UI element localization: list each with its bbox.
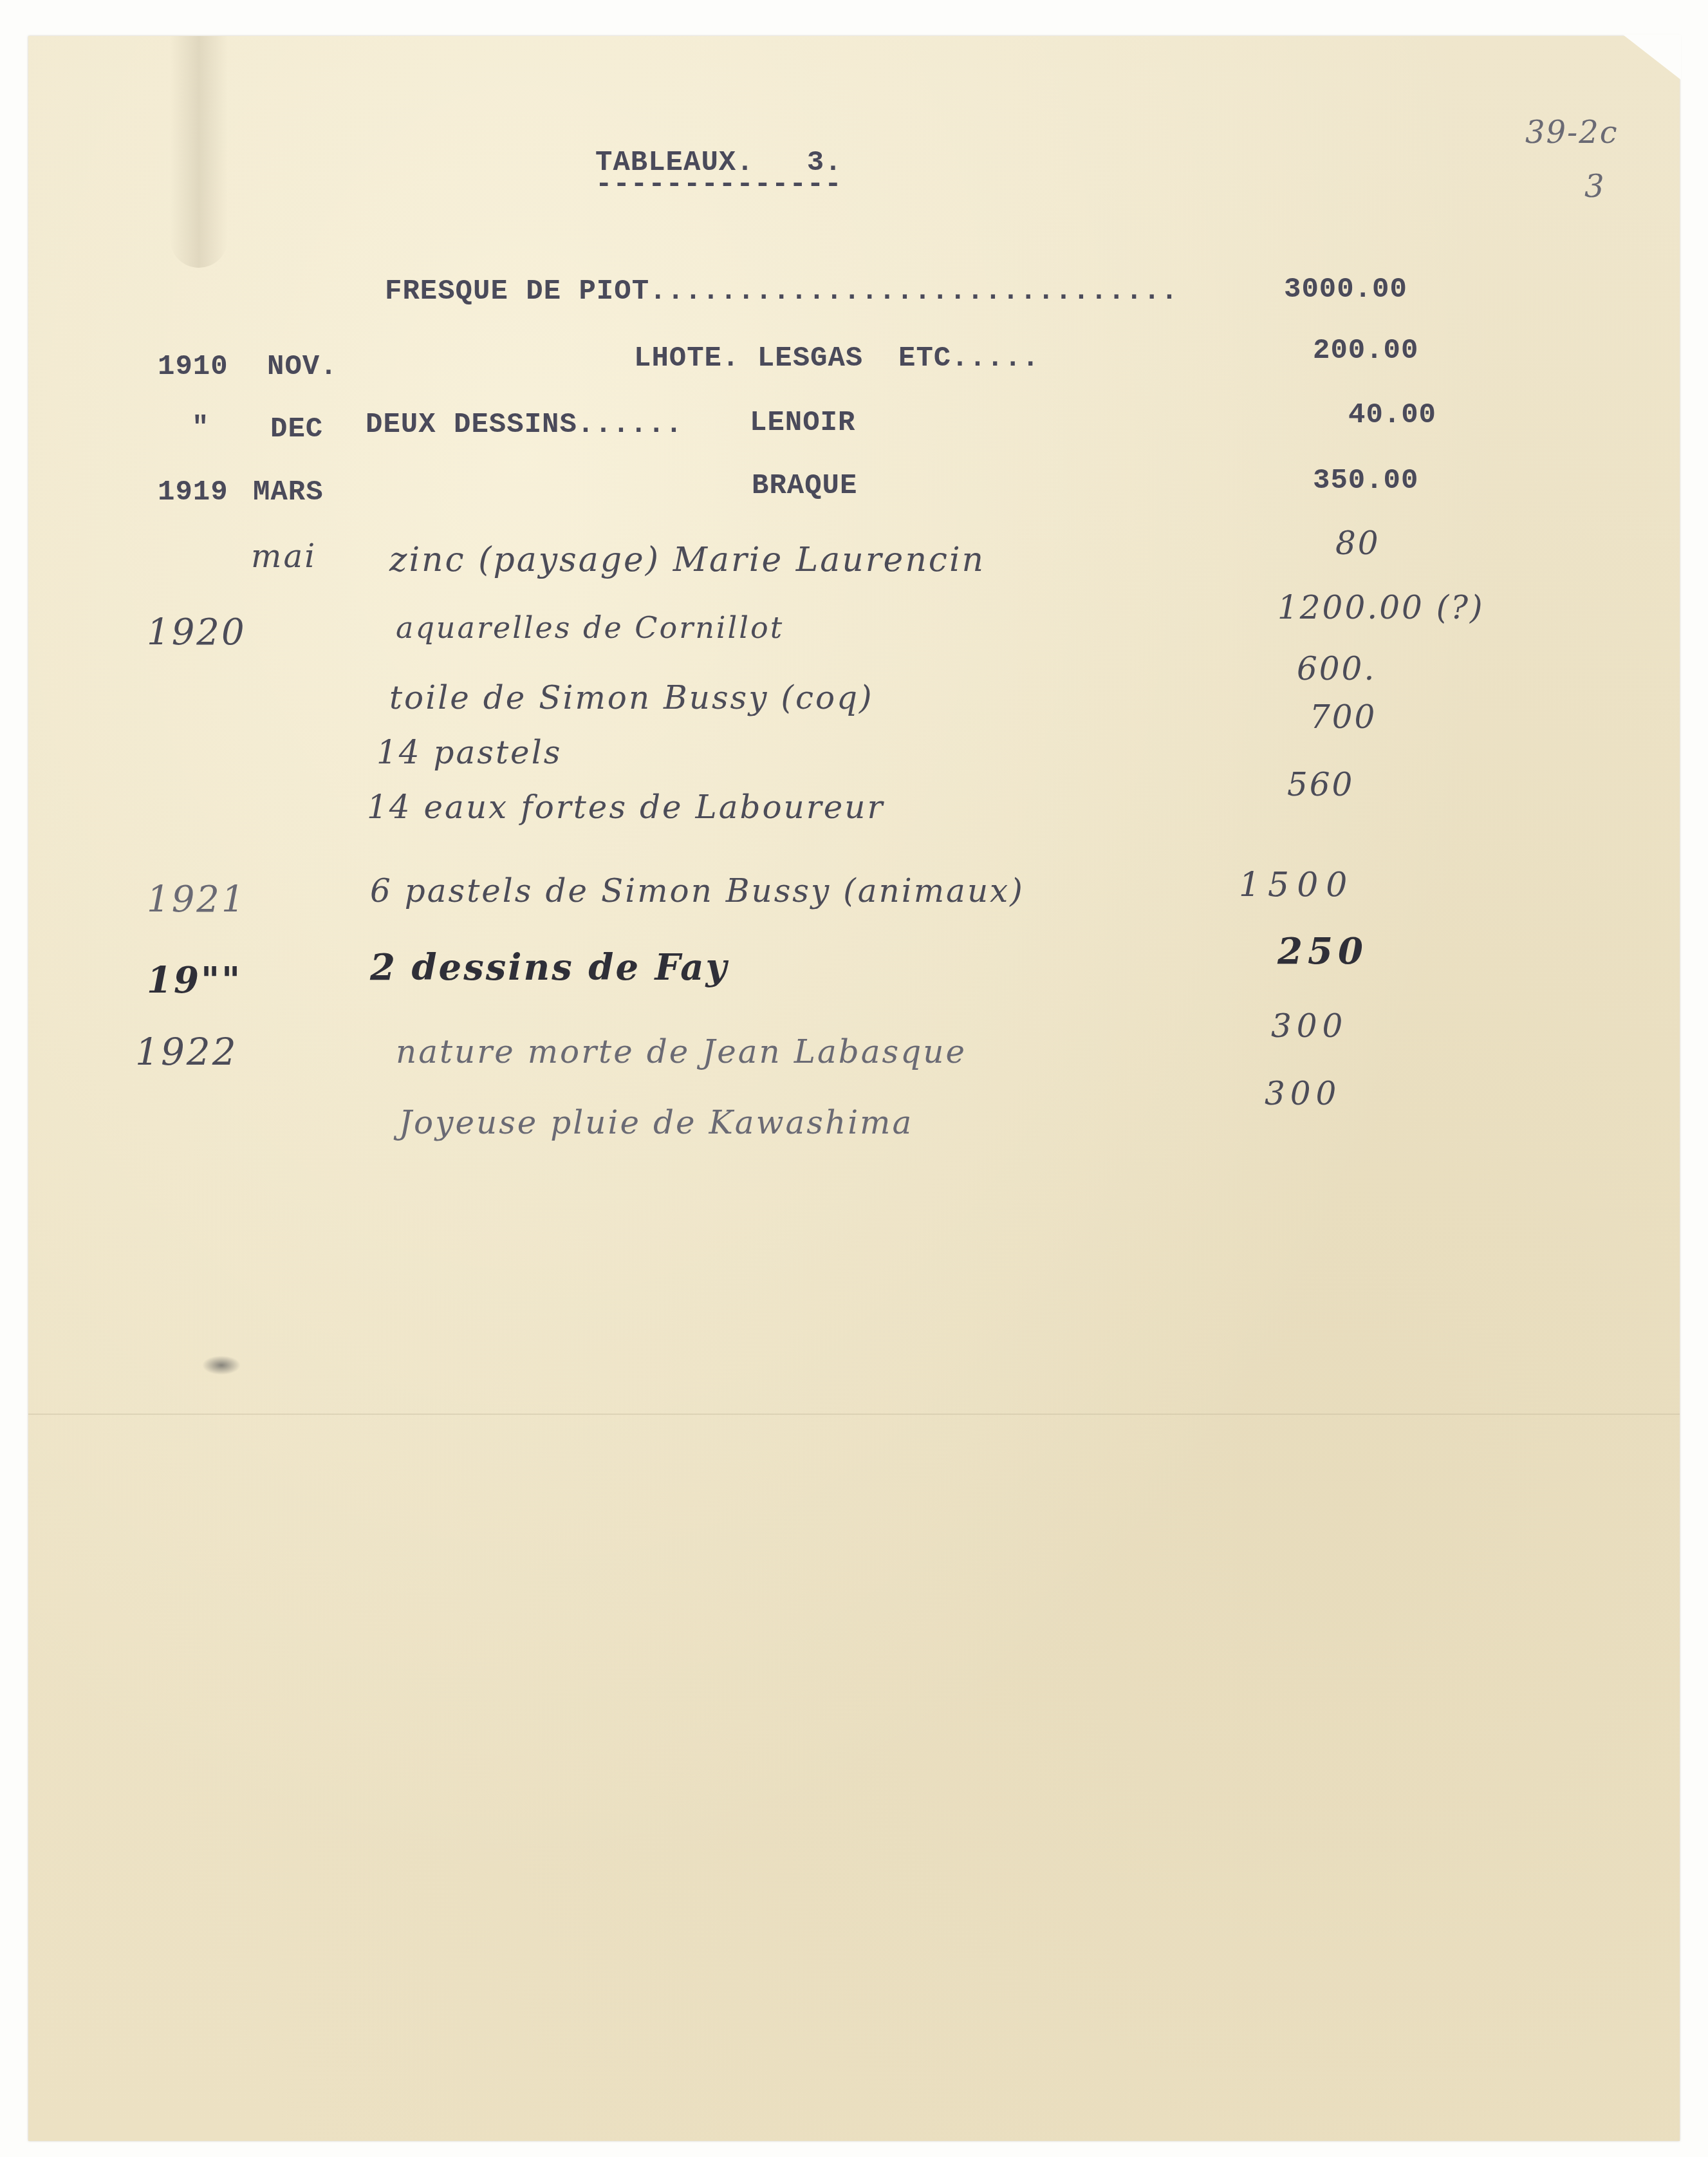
hand-entry-description: nature morte de Jean Labasque	[396, 1033, 967, 1070]
hand-entry-description: Joyeuse pluie de Kawashima	[399, 1104, 913, 1141]
hand-entry-amount: 560	[1287, 766, 1354, 803]
typed-entry-amount: 3000.00	[1284, 274, 1407, 306]
hand-entry-amount: 80	[1335, 525, 1380, 562]
typed-entry-year: 1910	[158, 351, 228, 383]
typed-entry-amount: 350.00	[1313, 465, 1418, 497]
hand-entry-description: aquarelles de Cornillot	[396, 610, 784, 645]
typed-entry-amount: 200.00	[1313, 335, 1418, 367]
hand-entry-year: 1920	[147, 612, 246, 653]
staple-mark	[170, 36, 228, 268]
fold-line	[28, 1414, 1680, 1415]
archive-ref-page: 3	[1584, 169, 1606, 205]
hand-entry-amount: 300	[1271, 1007, 1348, 1045]
typed-entry-artist: LENOIR	[750, 407, 855, 439]
ink-smudge	[202, 1356, 241, 1375]
hand-entry-amount: 1500	[1239, 866, 1355, 904]
typed-entry-year: 1919	[158, 476, 228, 509]
hand-entry-year: 1921	[147, 879, 246, 920]
hand-entry-description: 14 eaux fortes de Laboureur	[367, 789, 884, 826]
typed-entry-month: MARS	[253, 476, 324, 509]
typed-entry-month: NOV.	[267, 351, 338, 383]
hand-entry-description: 14 pastels	[376, 734, 562, 771]
typed-entry-description: FRESQUE DE PIOT.........................…	[385, 275, 1178, 308]
typed-entry-artist: LHOTE. LESGAS ETC.....	[634, 342, 1039, 375]
typed-entry-month: DEC	[270, 413, 323, 445]
torn-corner	[1623, 35, 1681, 80]
hand-entry-amount: 1200.00 (?)	[1277, 589, 1484, 626]
hand-entry-year: 19""	[147, 959, 242, 1002]
hand-entry-description: 2 dessins de Fay	[370, 946, 729, 989]
hand-entry-amount: 300	[1265, 1075, 1341, 1112]
archive-ref-code: 39-2c	[1525, 115, 1619, 151]
typed-entry-amount: 40.00	[1348, 399, 1436, 431]
hand-entry-description: toile de Simon Bussy (coq)	[389, 679, 874, 716]
hand-entry-amount: 700	[1310, 698, 1377, 736]
typed-entry-artist: BRAQUE	[752, 470, 857, 502]
hand-entry-description: zinc (paysage) Marie Laurencin	[389, 541, 985, 579]
typed-entry-description: DEUX DESSINS......	[366, 409, 683, 441]
title-underline: --------------	[595, 169, 842, 201]
hand-entry-description: 6 pastels de Simon Bussy (animaux)	[370, 872, 1025, 910]
hand-entry-month: mai	[251, 537, 317, 575]
hand-entry-amount: 600.	[1297, 650, 1376, 687]
hand-entry-amount: 250	[1277, 930, 1368, 973]
typed-entry-year: "	[192, 412, 209, 444]
hand-entry-year: 1922	[135, 1030, 238, 1074]
